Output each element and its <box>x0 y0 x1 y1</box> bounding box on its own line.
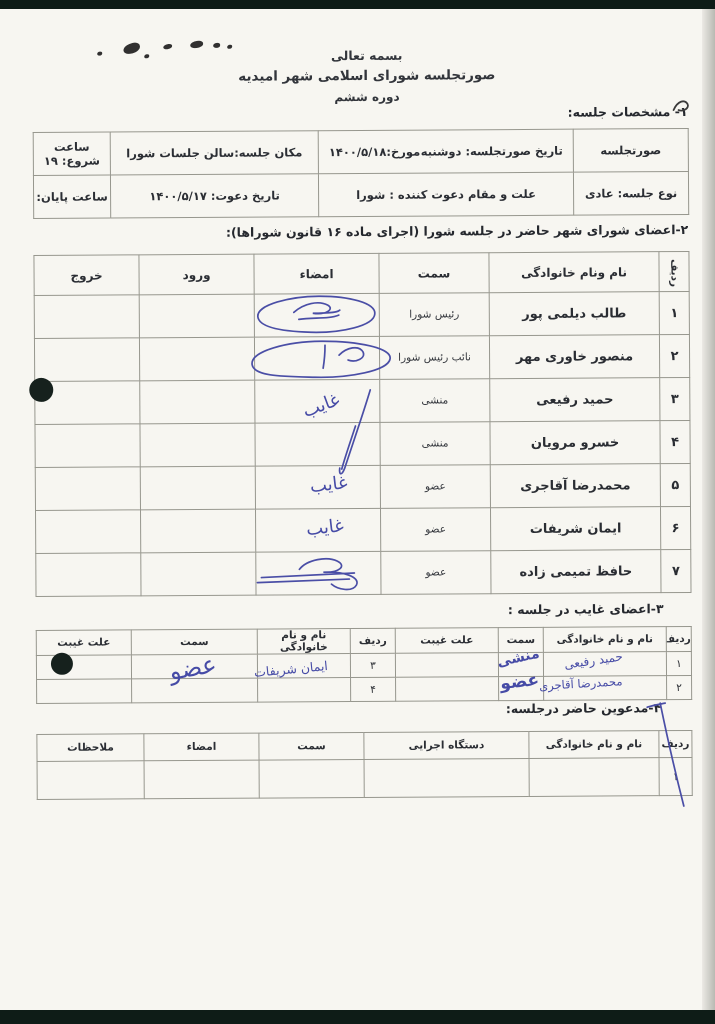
entry-cell <box>140 380 255 424</box>
entry-cell <box>141 552 256 596</box>
row-number: ۶ <box>660 506 690 549</box>
guests-table: ردیف نام و نام خانوادگی دستگاه اجرایی سم… <box>36 730 692 800</box>
end-time: ساعت پایان: <box>33 175 110 218</box>
handwritten-absent-note: غایب <box>309 472 349 497</box>
row-number: ۷ <box>661 549 691 592</box>
present-members-table: ردیف نام ونام خانوادگی سمت امضاء ورود خر… <box>33 251 691 597</box>
meeting-date-cell: تاریخ صورتجلسه: دوشنبه مورخ:۱۴۰۰/۵/۱۸ <box>318 129 573 174</box>
table-header-row: ردیف نام ونام خانوادگی سمت امضاء ورود خر… <box>34 251 689 295</box>
row-number: ۳ <box>350 653 395 677</box>
table-row: ۷ حافظ تمیمی زاده عضو <box>36 549 691 596</box>
document-content: بسمه تعالی صورتجلسه شورای اسلامی شهر امی… <box>0 7 715 1012</box>
scanned-paper: بسمه تعالی صورتجلسه شورای اسلامی شهر امی… <box>0 9 715 1010</box>
col-organization: دستگاه اجرایی <box>364 731 529 759</box>
exit-cell <box>35 510 140 554</box>
section2-heading: ۲-اعضای شورای شهر حاضر در جلسه شورا (اجر… <box>226 222 688 240</box>
row-number: ۲ <box>659 334 689 377</box>
exit-cell <box>35 467 140 511</box>
table-row: ۶ ایمان شریفات عضو <box>35 506 690 553</box>
member-name: ایمان شریفات <box>490 507 660 551</box>
absent-name-cell <box>258 678 351 703</box>
table-row: ۴ خسرو مرویان منشی <box>35 420 690 467</box>
col-absence-reason: علت غیبت <box>36 630 131 656</box>
table-row: ۲ منصور خاوری مهر نائب رئیس شورا <box>34 334 689 381</box>
row-number: ۲ <box>667 675 692 699</box>
hole-punch <box>51 653 73 675</box>
absence-reason-cell <box>395 653 498 678</box>
exit-cell <box>35 424 140 468</box>
row-number: ۱ <box>666 651 691 675</box>
absence-reason-cell <box>37 679 132 704</box>
member-role: عضو <box>380 465 490 509</box>
col-signature: امضاء <box>254 253 379 294</box>
guest-notes-cell <box>37 761 144 800</box>
handwritten-role: عضو <box>499 670 540 694</box>
col-row-number: ردیف <box>659 730 692 757</box>
member-name: منصور خاوری مهر <box>489 335 659 379</box>
col-full-name: نام ونام خانوادگی <box>489 252 659 293</box>
guest-signature-cell <box>144 760 259 799</box>
section4-heading: ۴-مدعوین حاضر درجلسه: <box>506 700 661 716</box>
exit-cell <box>36 553 141 597</box>
meeting-date-value: مورخ:۱۴۰۰/۵/۱۸ <box>329 145 420 160</box>
member-name: محمدرضا آقاجری <box>490 464 660 508</box>
member-role: نائب رئیس شورا <box>379 336 489 380</box>
start-time: ساعت شروع: ۱۹ <box>33 132 110 175</box>
col-row-number: ردیف <box>666 626 691 651</box>
member-name: حافظ تمیمی زاده <box>491 550 661 594</box>
table-row: ۱ <box>37 757 692 799</box>
col-full-name: نام و نام خانوادگی <box>543 627 666 653</box>
document-header: بسمه تعالی صورتجلسه شورای اسلامی شهر امی… <box>9 43 715 110</box>
row-number: ۳ <box>660 377 690 420</box>
member-name: حمید رفیعی <box>490 378 660 422</box>
col-full-name: نام و نام خانوادگی <box>529 731 659 759</box>
meeting-location: مکان جلسه:سالن جلسات شورا <box>110 131 318 175</box>
table-row: صورتجلسه تاریخ صورتجلسه: دوشنبه مورخ:۱۴۰… <box>33 128 688 175</box>
row-number: ۵ <box>660 463 690 506</box>
section1-heading: ۱- مشخصات جلسه: <box>568 104 688 120</box>
signature-cell <box>256 551 381 595</box>
table-header-row: ردیف نام و نام خانوادگی دستگاه اجرایی سم… <box>37 730 692 761</box>
member-role: عضو <box>380 508 490 552</box>
table-row: ۳ حمید رفیعی منشی <box>35 377 690 424</box>
table-row: نوع جلسه: عادی علت و مقام دعوت کننده : ش… <box>33 171 688 218</box>
col-signature: امضاء <box>144 733 259 761</box>
row-number: ۴ <box>351 677 396 701</box>
col-absence-reason: علت غیبت <box>395 628 498 654</box>
paper-edge-shadow <box>702 9 715 1010</box>
meeting-type: نوع جلسه: عادی <box>573 171 688 215</box>
meeting-specs-table: صورتجلسه تاریخ صورتجلسه: دوشنبه مورخ:۱۴۰… <box>33 128 690 219</box>
invite-date: تاریخ دعوت: ۱۴۰۰/۵/۱۷ <box>110 174 318 218</box>
signature-cell <box>255 422 380 466</box>
handwritten-absent-note: غایب <box>305 515 345 540</box>
entry-cell <box>140 423 255 467</box>
col-full-name: نام و نام خانوادگی <box>257 629 350 655</box>
section3-heading: ۳-اعضای غایب در جلسه : <box>508 601 664 617</box>
entry-cell <box>140 509 255 553</box>
hole-punch <box>29 378 53 402</box>
signature-cell <box>254 336 379 380</box>
entry-cell <box>139 294 254 338</box>
col-notes: ملاحظات <box>37 734 144 762</box>
col-role: سمت <box>379 253 489 294</box>
col-entry: ورود <box>139 254 254 295</box>
col-role: سمت <box>131 629 257 655</box>
minutes-label: صورتجلسه <box>573 128 688 172</box>
table-row: ۱ طالب دیلمی پور رئیس شورا <box>34 291 689 338</box>
guest-name-cell <box>529 758 659 797</box>
col-row-number: ردیف <box>350 628 395 653</box>
exit-cell <box>34 295 139 339</box>
col-role: سمت <box>259 732 364 760</box>
absence-reason-cell <box>396 677 499 702</box>
member-role: منشی <box>380 422 490 466</box>
member-role: عضو <box>381 551 491 595</box>
row-number: ۱ <box>659 757 692 795</box>
invite-reason: علت و مقام دعوت کننده : شورا <box>318 172 573 217</box>
entry-cell <box>139 337 254 381</box>
member-role: رئیس شورا <box>379 293 489 337</box>
entry-cell <box>140 466 255 510</box>
member-role: منشی <box>380 379 490 423</box>
exit-cell <box>34 338 139 382</box>
meeting-date-label: تاریخ صورتجلسه: دوشنبه <box>421 144 563 159</box>
member-name: طالب دیلمی پور <box>489 292 659 336</box>
row-number: ۴ <box>660 420 690 463</box>
guest-role-cell <box>259 759 364 798</box>
col-exit: خروج <box>34 255 139 296</box>
col-row-number: ردیف <box>659 251 689 291</box>
row-number: ۱ <box>659 291 689 334</box>
guest-org-cell <box>364 758 529 797</box>
signature-cell <box>254 293 379 337</box>
member-name: خسرو مرویان <box>490 421 660 465</box>
table-row: ۵ محمدرضا آقاجری عضو <box>35 463 690 510</box>
